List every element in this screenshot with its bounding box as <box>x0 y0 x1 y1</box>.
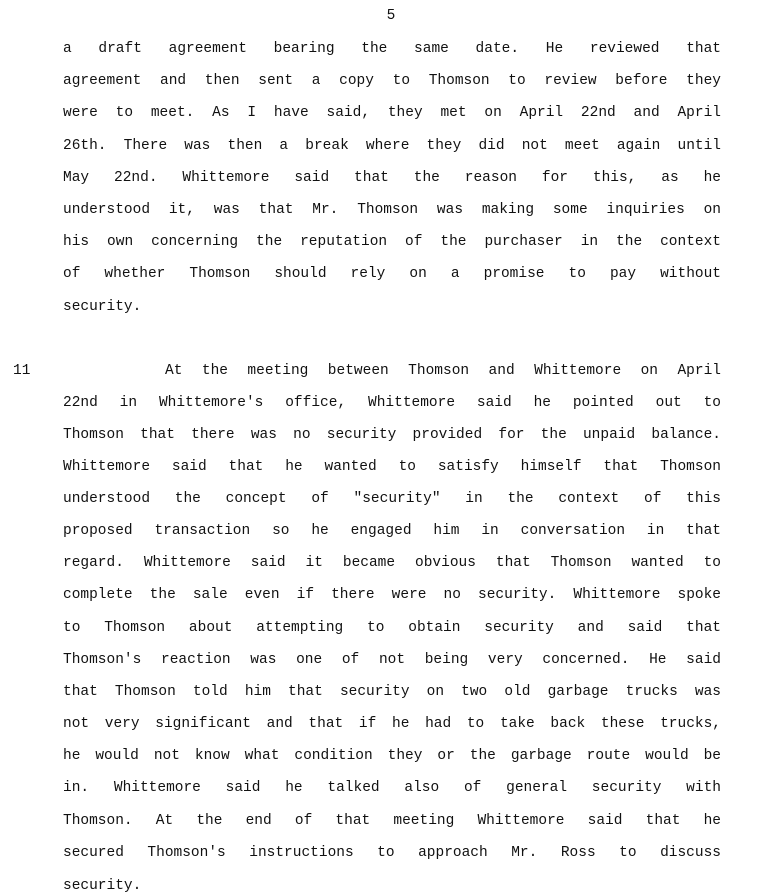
text-line: of whether Thomson should rely on a prom… <box>63 264 721 284</box>
text-line: proposed transaction so he engaged him i… <box>63 521 721 541</box>
text-line: security. <box>63 297 721 317</box>
page-number: 5 <box>0 8 772 24</box>
text-line: May 22nd. Whittemore said that the reaso… <box>63 168 721 188</box>
text-line: he would not know what condition they or… <box>63 746 721 766</box>
text-line: a draft agreement bearing the same date.… <box>63 39 721 59</box>
text-line: to Thomson about attempting to obtain se… <box>63 618 721 638</box>
text-line: not very significant and that if he had … <box>63 714 721 734</box>
text-line: understood it, was that Mr. Thomson was … <box>63 200 721 220</box>
text-line: Thomson. At the end of that meeting Whit… <box>63 811 721 831</box>
text-line: understood the concept of "security" in … <box>63 489 721 509</box>
text-line: secured Thomson's instructions to approa… <box>63 843 721 863</box>
text-line: in. Whittemore said he talked also of ge… <box>63 778 721 798</box>
text-line: regard. Whittemore said it became obviou… <box>63 553 721 573</box>
text-line: agreement and then sent a copy to Thomso… <box>63 71 721 91</box>
text-line: complete the sale even if there were no … <box>63 585 721 605</box>
text-line: Whittemore said that he wanted to satisf… <box>63 457 721 477</box>
paragraph-number: 11 <box>13 361 30 381</box>
text-line: security. <box>63 876 721 895</box>
text-line: that Thomson told him that security on t… <box>63 682 721 702</box>
text-line: Thomson's reaction was one of not being … <box>63 650 721 670</box>
text-line: Thomson that there was no security provi… <box>63 425 721 445</box>
text-line: were to meet. As I have said, they met o… <box>63 103 721 123</box>
text-line: 26th. There was then a break where they … <box>63 136 721 156</box>
text-line: At the meeting between Thomson and Whitt… <box>165 361 721 381</box>
text-line: 22nd in Whittemore's office, Whittemore … <box>63 393 721 413</box>
text-line: his own concerning the reputation of the… <box>63 232 721 252</box>
